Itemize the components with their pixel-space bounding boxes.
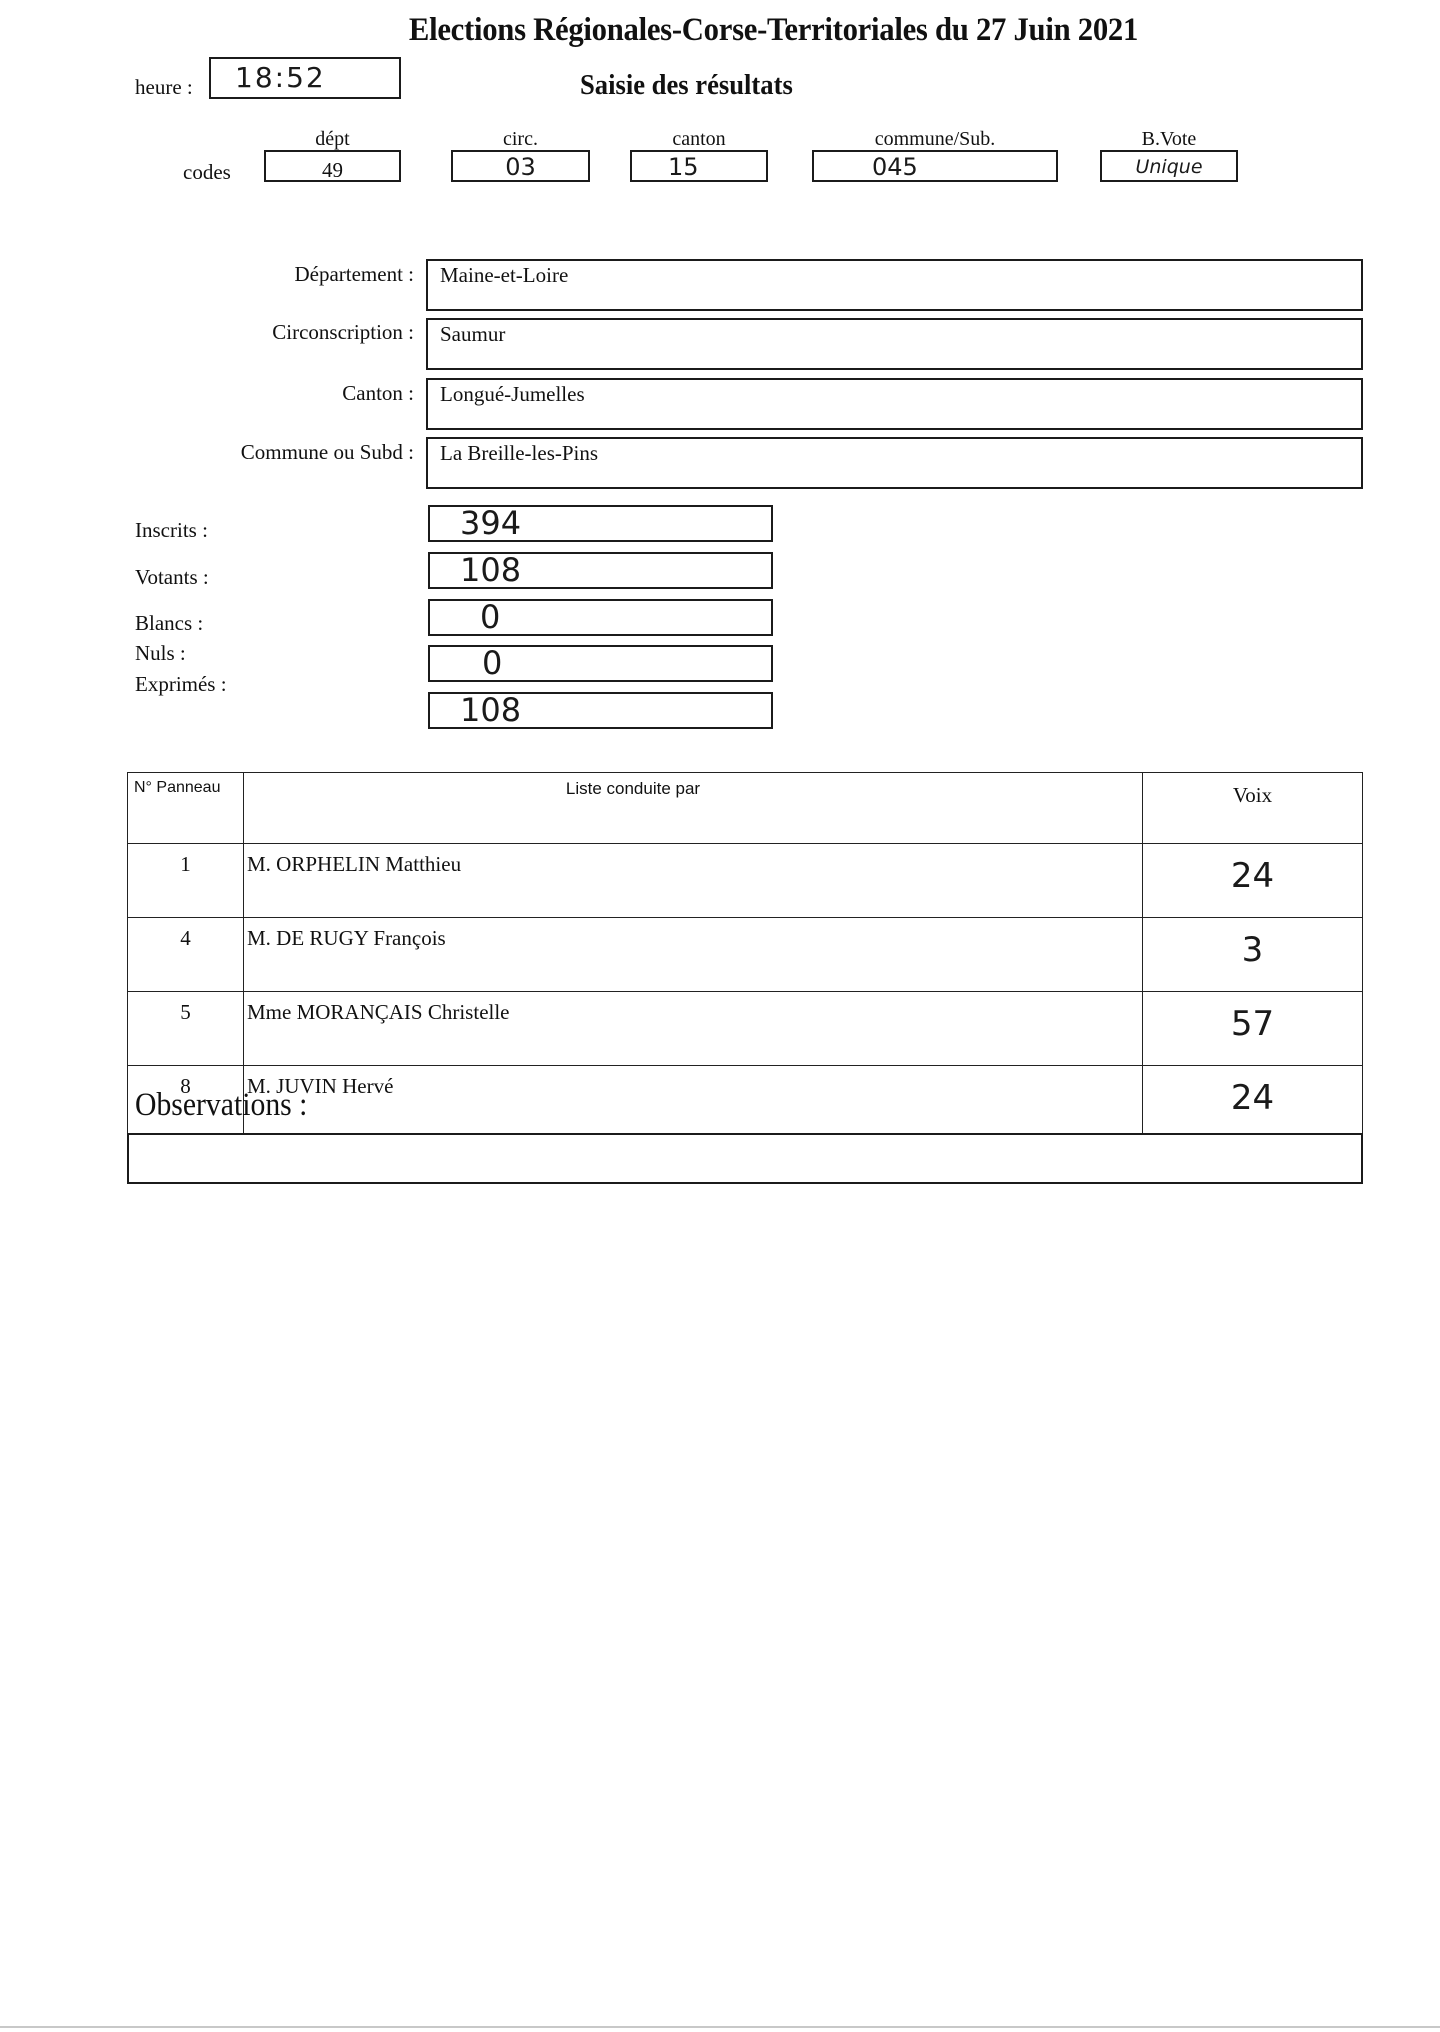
row-panneau: 1 xyxy=(128,844,244,918)
commune-field[interactable]: La Breille-les-Pins xyxy=(426,437,1363,489)
observations-label: Observations : xyxy=(135,1087,307,1124)
inscrits-value: 394 xyxy=(460,504,521,542)
observations-field[interactable] xyxy=(127,1133,1363,1184)
code-dept-label: dépt xyxy=(264,128,401,151)
row-liste: Mme MORANÇAIS Christelle xyxy=(244,992,1143,1066)
code-commune-field[interactable]: 045 xyxy=(812,150,1058,182)
heure-field[interactable]: 18:52 xyxy=(209,57,401,99)
circonscription-value: Saumur xyxy=(440,322,505,347)
header-liste: Liste conduite par xyxy=(244,773,1143,844)
row-voix-field[interactable]: 3 xyxy=(1143,918,1363,992)
circonscription-field[interactable]: Saumur xyxy=(426,318,1363,370)
codes-label: codes xyxy=(183,160,231,185)
code-canton-value: 15 xyxy=(632,152,766,182)
code-bvote-field[interactable]: Unique xyxy=(1100,150,1238,182)
exprimes-value: 108 xyxy=(460,691,521,729)
blancs-label: Blancs : xyxy=(135,611,203,636)
form-subtitle: Saisie des résultats xyxy=(580,70,793,102)
header-voix: Voix xyxy=(1143,773,1363,844)
canton-label: Canton : xyxy=(114,381,414,406)
votants-field[interactable]: 108 xyxy=(428,552,773,589)
code-circ-value: 03 xyxy=(453,152,588,182)
code-dept-field[interactable]: 49 xyxy=(264,150,401,182)
inscrits-label: Inscrits : xyxy=(135,518,208,543)
header-panneau: N° Panneau xyxy=(128,773,244,844)
heure-label: heure : xyxy=(135,75,193,100)
commune-label: Commune ou Subd : xyxy=(114,440,414,465)
nuls-field[interactable]: 0 xyxy=(428,645,773,682)
heure-value: 18:52 xyxy=(235,61,326,94)
code-canton-field[interactable]: 15 xyxy=(630,150,768,182)
code-commune-label: commune/Sub. xyxy=(812,128,1058,151)
canton-value: Longué-Jumelles xyxy=(440,382,585,407)
code-canton-label: canton xyxy=(630,128,768,151)
code-bvote-label: B.Vote xyxy=(1100,128,1238,151)
blancs-value: 0 xyxy=(480,598,500,636)
code-dept-value: 49 xyxy=(266,155,399,185)
row-liste: M. ORPHELIN Matthieu xyxy=(244,844,1143,918)
inscrits-field[interactable]: 394 xyxy=(428,505,773,542)
exprimes-label: Exprimés : xyxy=(135,672,227,697)
code-circ-label: circ. xyxy=(451,128,590,151)
code-commune-value: 045 xyxy=(814,152,1056,182)
nuls-value: 0 xyxy=(482,644,502,682)
nuls-label: Nuls : xyxy=(135,641,186,666)
form-title: Elections Régionales-Corse-Territoriales… xyxy=(50,12,1389,49)
canton-field[interactable]: Longué-Jumelles xyxy=(426,378,1363,430)
row-voix-field[interactable]: 24 xyxy=(1143,1066,1363,1140)
row-voix-field[interactable]: 24 xyxy=(1143,844,1363,918)
circonscription-label: Circonscription : xyxy=(114,320,414,345)
departement-field[interactable]: Maine-et-Loire xyxy=(426,259,1363,311)
row-panneau: 4 xyxy=(128,918,244,992)
table-row: 1 M. ORPHELIN Matthieu 24 xyxy=(128,844,1363,918)
departement-label: Département : xyxy=(114,262,414,287)
results-header-row: N° Panneau Liste conduite par Voix xyxy=(128,773,1363,844)
code-circ-field[interactable]: 03 xyxy=(451,150,590,182)
departement-value: Maine-et-Loire xyxy=(440,263,568,288)
commune-value: La Breille-les-Pins xyxy=(440,441,598,466)
page-edge xyxy=(0,2026,1440,2028)
table-row: 4 M. DE RUGY François 3 xyxy=(128,918,1363,992)
votants-value: 108 xyxy=(460,551,521,589)
exprimes-field[interactable]: 108 xyxy=(428,692,773,729)
blancs-field[interactable]: 0 xyxy=(428,599,773,636)
row-liste: M. JUVIN Hervé xyxy=(244,1066,1143,1140)
table-row: 5 Mme MORANÇAIS Christelle 57 xyxy=(128,992,1363,1066)
row-voix-field[interactable]: 57 xyxy=(1143,992,1363,1066)
code-bvote-value: Unique xyxy=(1102,152,1236,182)
votants-label: Votants : xyxy=(135,565,209,590)
table-row: 8 M. JUVIN Hervé 24 xyxy=(128,1066,1363,1140)
row-liste: M. DE RUGY François xyxy=(244,918,1143,992)
results-table: N° Panneau Liste conduite par Voix 1 M. … xyxy=(127,772,1363,1140)
row-panneau: 5 xyxy=(128,992,244,1066)
